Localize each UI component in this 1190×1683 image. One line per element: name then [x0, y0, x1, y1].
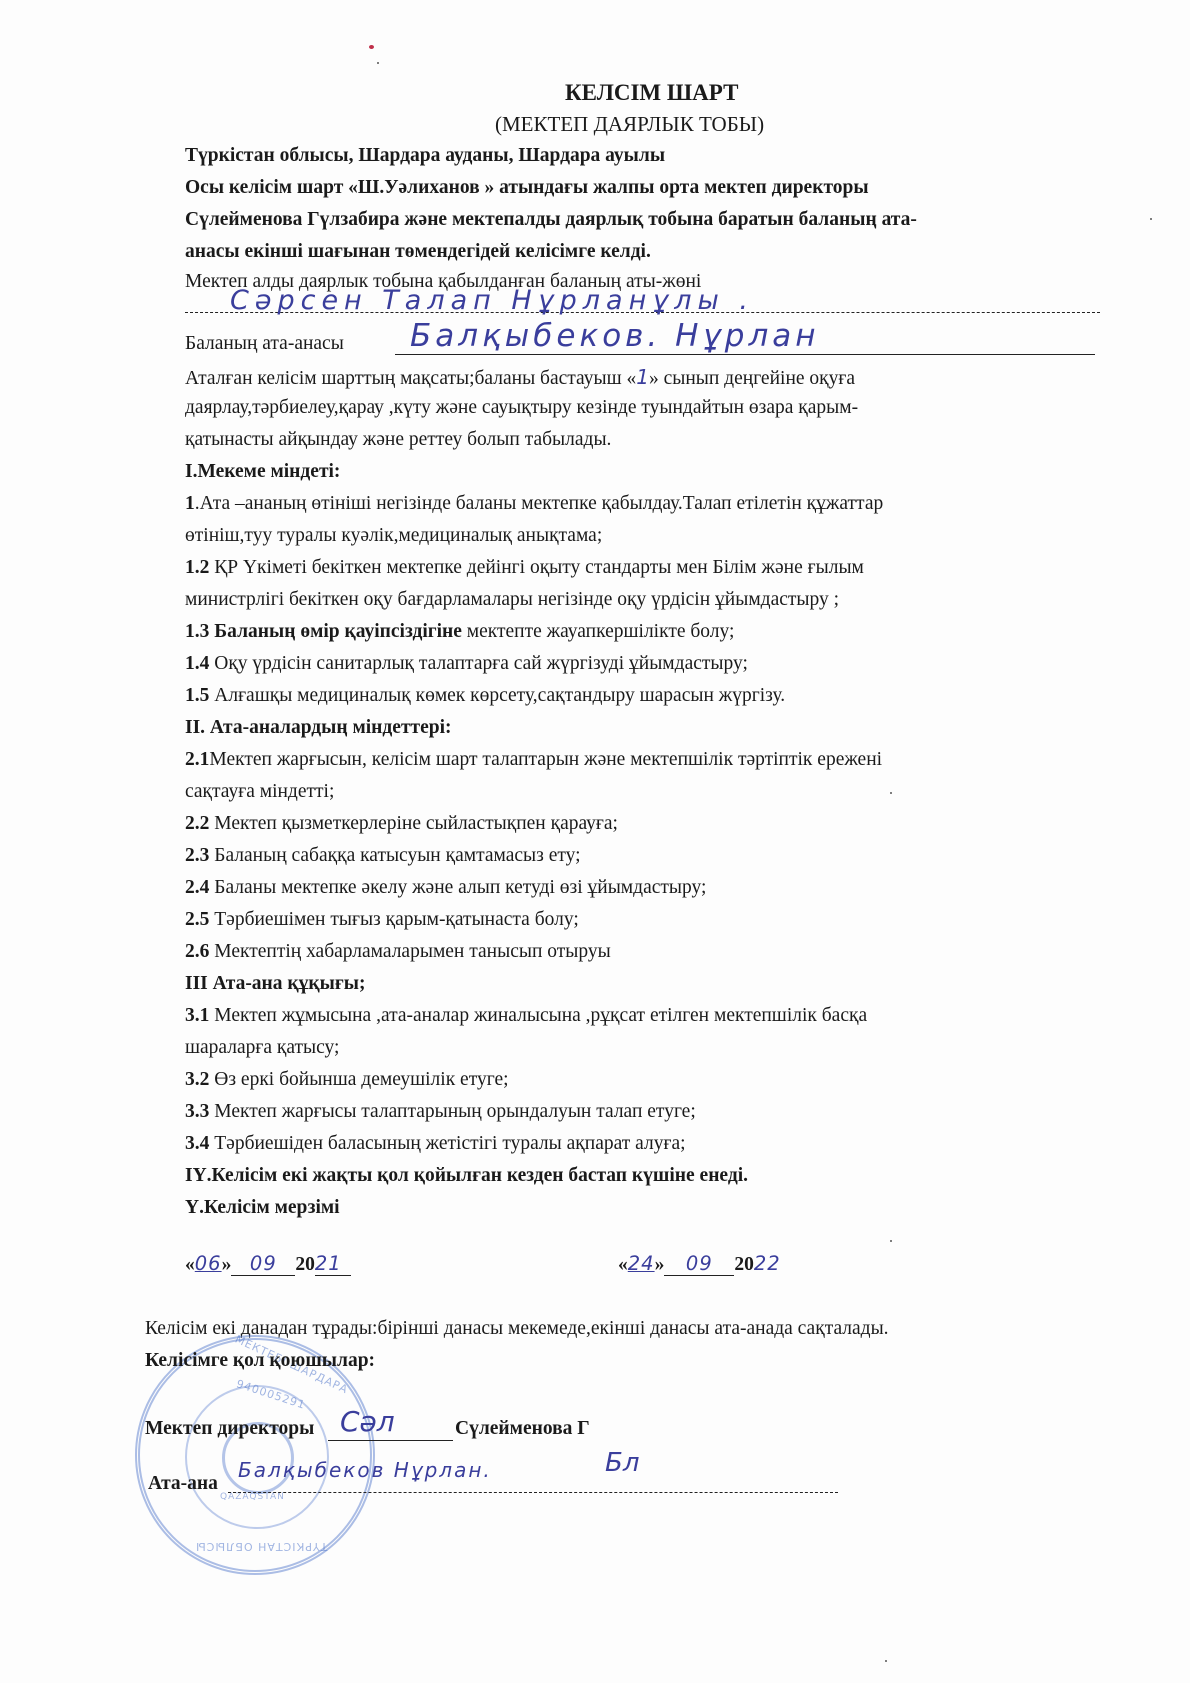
section-1-item: 1.Ата –ананың өтініші негізінде баланы м…: [185, 493, 883, 515]
end-year[interactable]: 22: [754, 1252, 781, 1275]
end-month[interactable]: 09: [664, 1252, 734, 1276]
section-3-item: 3.4 Тәрбиешіден баласының жетістігі тура…: [185, 1133, 686, 1155]
section-1-heading: І.Мекеме міндеті:: [185, 461, 340, 483]
director-label: Мектеп директоры: [145, 1418, 314, 1440]
section-2-item: 2.3 Баланың сабаққа катысуын қамтамасыз …: [185, 845, 581, 867]
director-name: Сүлейменова Г: [455, 1418, 590, 1440]
parent-name-line: [395, 354, 1095, 355]
intro-line-2: Сүлейменова Гүлзабира және мектепалды да…: [185, 209, 917, 231]
parent-signature[interactable]: Бл: [605, 1448, 639, 1478]
scan-dot: [890, 792, 892, 794]
section-3-item-cont: шараларға қатысу;: [185, 1037, 339, 1059]
stamp-emblem-text: QAZAQSTAN: [220, 1492, 285, 1502]
grade-value[interactable]: 1: [636, 365, 649, 389]
start-year[interactable]: 21: [315, 1252, 351, 1276]
start-day[interactable]: 06: [195, 1252, 222, 1275]
director-signature-line: [328, 1440, 453, 1441]
section-3-item: 3.3 Мектеп жарғысы талаптарының орындалу…: [185, 1101, 696, 1123]
end-day[interactable]: 24: [628, 1252, 655, 1275]
section-1-item-cont: өтініш,туу туралы куәлік,медициналық аны…: [185, 525, 602, 547]
parent-signature-line: [228, 1492, 838, 1493]
purpose-line-1: Аталған келісім шарттың мақсаты;баланы б…: [185, 365, 855, 390]
section-2-item: 2.2 Мектеп қызметкерлеріне сыйластықпен …: [185, 813, 618, 835]
section-1-item: 1.4 Оқу үрдісін санитарлық талаптарға са…: [185, 653, 748, 675]
intro-line-3: анасы екінші шағынан төмендегідей келісі…: [185, 241, 651, 263]
start-month[interactable]: 09: [231, 1252, 295, 1276]
scan-dot: [890, 1240, 892, 1242]
section-3-item: 3.1 Мектеп жұмысына ,ата-аналар жиналысы…: [185, 1005, 867, 1027]
parent-handwritten-name[interactable]: Балқыбеков Нұрлан.: [238, 1458, 492, 1482]
parent-name-label: Баланың ата-анасы: [185, 333, 344, 355]
section-2-item: 2.4 Баланы мектепке әкелу және алып кету…: [185, 877, 706, 899]
section-1-item-cont: министрлігі бекіткен оқу бағдарламалары …: [185, 589, 839, 611]
stamp-bottom-text: ТҮРКІСТАН ОБЛЫСЫ: [195, 1540, 327, 1553]
section-1-item: 1.5 Алғашқы медициналық көмек көрсету,са…: [185, 685, 785, 707]
purpose-line-3: қатынасты айқындау және реттеу болып таб…: [185, 429, 611, 451]
purpose-text-post: » сынып деңгейіне оқуға: [649, 368, 855, 389]
contract-page: КЕЛСІМ ШАРТ (МЕКТЕП ДАЯРЛЫК ТОБЫ) Түркіс…: [0, 0, 1190, 1683]
section-2-item: 2.1Мектеп жарғысын, келісім шарт талапта…: [185, 749, 882, 771]
document-title: КЕЛСІМ ШАРТ: [565, 80, 738, 106]
section-2-heading: ІІ. Ата-аналардың міндеттері:: [185, 717, 452, 739]
signatories-heading: Келісімге қол қоюшылар:: [145, 1350, 375, 1372]
section-1-item: 1.2 ҚР Үкіметі бекіткен мектепке дейінгі…: [185, 557, 864, 579]
end-date: «24»092022: [618, 1252, 781, 1276]
section-2-item-cont: сақтауға міндетті;: [185, 781, 334, 803]
section-2-item: 2.5 Тәрбиешімен тығыз қарым-қатынаста бо…: [185, 909, 579, 931]
section-4-heading: ІҮ.Келісім екі жақты қол қойылған кезден…: [185, 1165, 748, 1187]
purpose-text-pre: Аталған келісім шарттың мақсаты;баланы б…: [185, 368, 636, 389]
document-subtitle: (МЕКТЕП ДАЯРЛЫК ТОБЫ): [495, 112, 764, 137]
scan-dot: [1150, 218, 1152, 220]
director-signature[interactable]: Сәл: [340, 1405, 395, 1438]
child-name-value[interactable]: Сәрсен Талап Нұрланұлы .: [230, 285, 754, 316]
scan-dot: [885, 1660, 887, 1662]
parent-label: Ата-ана: [148, 1473, 218, 1495]
purpose-line-2: даярлау,тәрбиелеу,қарау ,күту және сауық…: [185, 397, 858, 419]
scan-speck: [369, 45, 374, 49]
section-3-heading: ІІІ Ата-ана құқығы;: [185, 973, 365, 995]
section-1-item: 1.3 Баланың өмір қауіпсіздігіне мектепте…: [185, 621, 734, 643]
intro-location: Түркістан облысы, Шардара ауданы, Шардар…: [185, 145, 665, 167]
section-3-item: 3.2 Өз еркі бойынша демеушілік етуге;: [185, 1069, 509, 1091]
start-date: «06»092021: [185, 1252, 351, 1276]
scan-dot: [377, 62, 379, 64]
intro-line-1: Осы келісім шарт «Ш.Уәлиханов » атындағы…: [185, 177, 869, 199]
section-2-item: 2.6 Мектептің хабарламаларымен танысып о…: [185, 941, 611, 963]
parent-name-value[interactable]: Балқыбеков. Нұрлан: [410, 318, 820, 354]
section-5-heading: Ү.Келісім мерзімі: [185, 1197, 340, 1219]
